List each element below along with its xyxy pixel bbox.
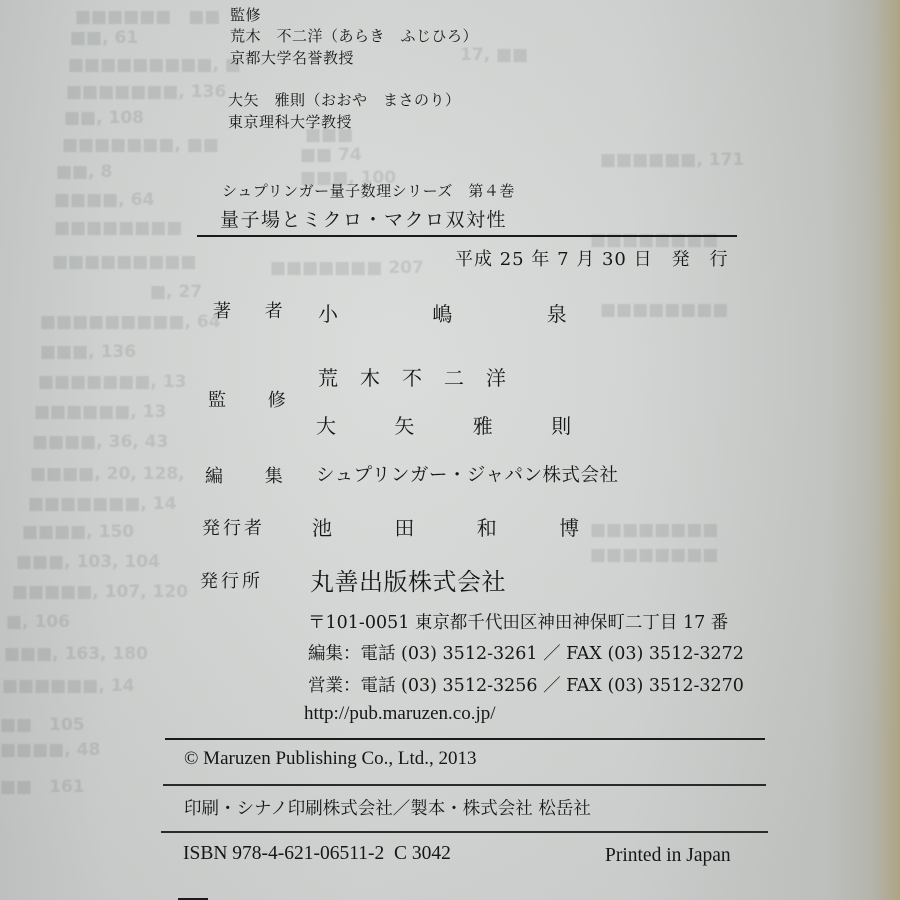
title-divider xyxy=(197,235,737,237)
supervisor-2-name: 大矢 雅則（おおや まさのり） xyxy=(228,89,461,110)
supervisor-1-affiliation: 京都大学名誉教授 xyxy=(230,47,354,68)
printed-in-japan: Printed in Japan xyxy=(605,845,731,867)
credit-label-publishing-house: 発行所 xyxy=(200,567,263,593)
credit-value-supervisor-2: 大 矢 雅 則 xyxy=(316,410,597,439)
printing-bottom-rule xyxy=(161,831,768,833)
credit-label-editor: 編 集 xyxy=(205,462,301,488)
publisher-url[interactable]: http://pub.maruzen.co.jp/ xyxy=(304,703,496,725)
publication-date: 平成 25 年 7 月 30 日 発 行 xyxy=(455,245,729,271)
isbn: ISBN 978-4-621-06511-2 C 3042 xyxy=(183,843,451,865)
credit-label-supervision: 監 修 xyxy=(208,386,304,412)
credit-label-author: 著 者 xyxy=(213,297,297,323)
copyright-top-rule xyxy=(165,738,765,740)
series-line: シュプリンガー量子数理シリーズ 第４巻 xyxy=(222,180,515,201)
publisher-address: 〒101-0051 東京都千代田区神田神保町二丁目 17 番 xyxy=(308,609,728,634)
supervisors-heading: 監修 xyxy=(230,4,261,25)
copyright-notice: © Maruzen Publishing Co., Ltd., 2013 xyxy=(184,748,477,770)
credit-label-publisher-person: 発行者 xyxy=(202,514,265,540)
credit-value-publisher-person: 池 田 和 博 xyxy=(312,512,607,541)
credit-value-author: 小 嶋 泉 xyxy=(318,298,611,327)
credit-value-editor: シュプリンガー・ジャパン株式会社 xyxy=(316,461,619,487)
supervisor-1-name: 荒木 不二洋（あらき ふじひろ） xyxy=(230,25,478,46)
credit-value-supervisor-1: 荒木不二洋 xyxy=(318,362,528,391)
book-title: 量子場とミクロ・マクロ双対性 xyxy=(220,205,507,232)
printing-binding: 印刷・シナノ印刷株式会社／製本・株式会社 松岳社 xyxy=(184,795,591,820)
supervisor-2-affiliation: 東京理科大学教授 xyxy=(228,111,352,132)
editorial-phone-fax: 編集：電話 (03) 3512-3261 ／ FAX (03) 3512-327… xyxy=(308,640,744,665)
credit-value-publishing-house: 丸善出版株式会社 xyxy=(310,562,506,597)
copyright-bottom-rule xyxy=(163,784,766,786)
sales-phone-fax: 営業：電話 (03) 3512-3256 ／ FAX (03) 3512-327… xyxy=(308,672,744,697)
